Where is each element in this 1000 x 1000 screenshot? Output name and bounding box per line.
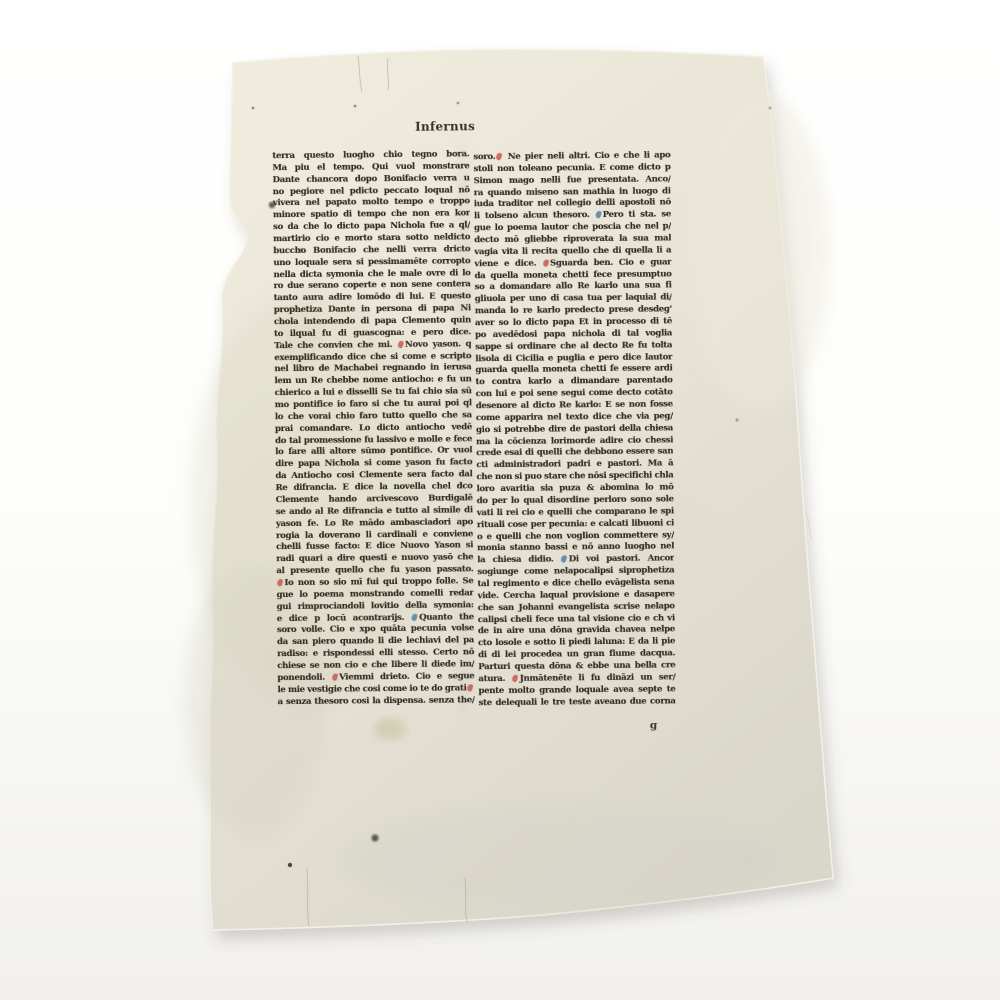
pilcrow-mark-red-icon bbox=[496, 152, 503, 160]
photo-backdrop: Infernus terra questo luogho chio tegno … bbox=[0, 0, 1000, 1000]
pilcrow-mark-red-icon bbox=[331, 673, 338, 681]
pilcrow-mark-red-icon bbox=[467, 683, 474, 691]
pilcrow-mark-blue-icon bbox=[411, 613, 418, 621]
text-line: a senza thesoro cosi la dispensa. senza … bbox=[278, 695, 475, 709]
pilcrow-mark-red-icon bbox=[542, 259, 549, 267]
pilcrow-mark-red-icon bbox=[277, 579, 284, 587]
pilcrow-mark-red-icon bbox=[397, 340, 404, 348]
pilcrow-mark-blue-icon bbox=[595, 211, 602, 219]
pilcrow-mark-blue-icon bbox=[561, 555, 568, 563]
text-line: ste delequali le tre teste aveano due co… bbox=[479, 696, 676, 710]
text-column-right: soro. Ne pier neli altri. Cio e che li a… bbox=[473, 150, 675, 709]
pilcrow-mark-red-icon bbox=[512, 674, 519, 682]
quire-signature: g bbox=[650, 720, 657, 732]
text-block: Infernus terra questo luogho chio tegno … bbox=[0, 0, 1000, 1000]
running-title: Infernus bbox=[380, 119, 510, 134]
text-column-left: terra questo luogho chio tegno bora.Ma p… bbox=[272, 149, 474, 708]
